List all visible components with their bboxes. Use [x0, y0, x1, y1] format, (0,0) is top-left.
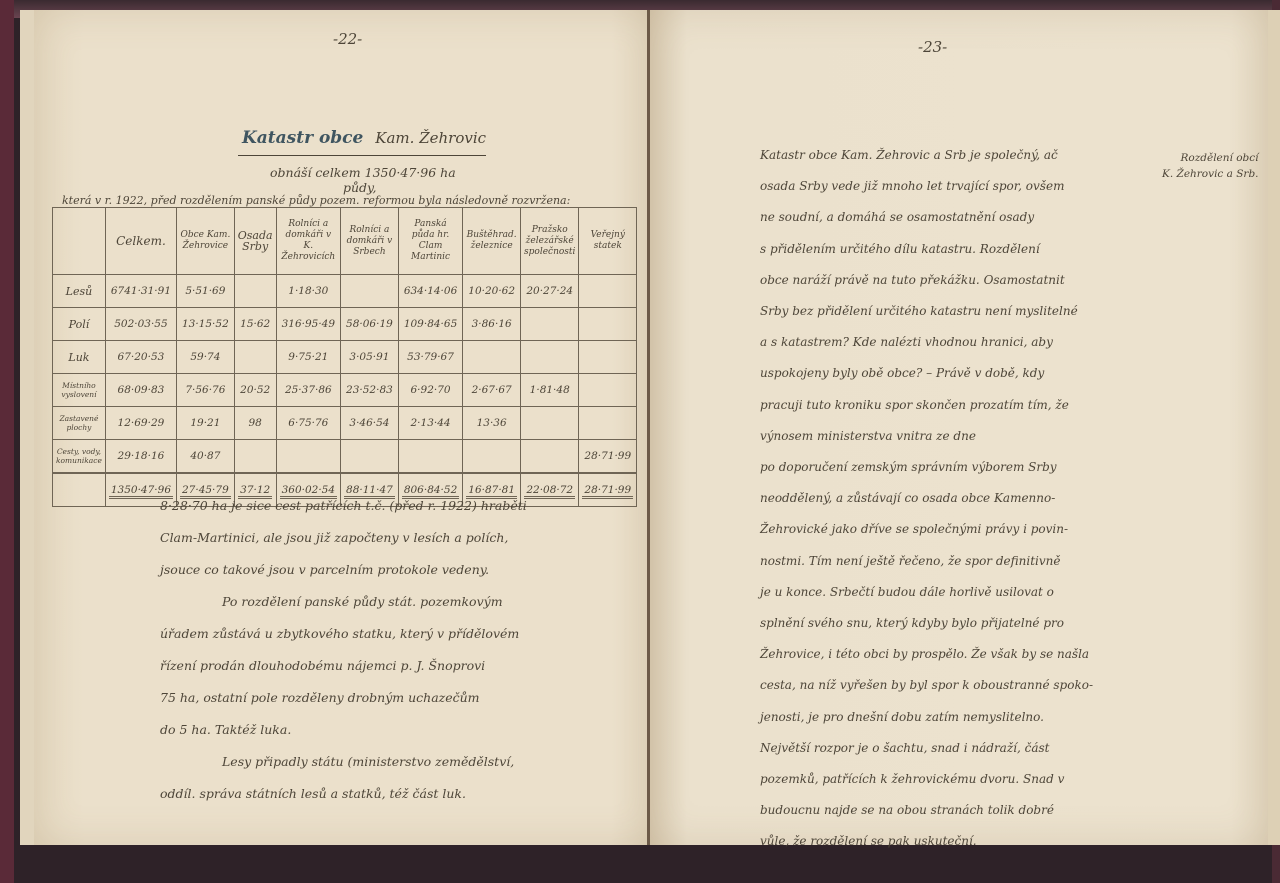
left-text-block: 8·28·70 ha je sice cest patřících t.č. (… [160, 490, 527, 810]
title-place: Kam. Žehrovic [375, 129, 486, 147]
total-value: 22·08·72 [524, 484, 575, 499]
cell: 5·51·69 [177, 275, 235, 308]
table-row: Cesty, vody, komunikace 29·18·16 40·87 2… [53, 440, 637, 474]
row-label: Zastavené plochy [53, 407, 106, 440]
cell: 316·95·49 [276, 308, 340, 341]
text-line: jsouce co takové jsou v parcelním protok… [160, 554, 527, 586]
title-prefix: Katastr obce [242, 128, 363, 148]
total-cell: 28·71·99 [579, 473, 637, 507]
text-line: splnění svého snu, který kdyby bylo přij… [760, 608, 1093, 639]
text-line: Po rozdělení panské půdy stát. pozemkový… [160, 586, 527, 618]
cell [341, 440, 399, 474]
cell: 20·27·24 [521, 275, 579, 308]
cadastre-table: Celkem. Obce Kam. Žehrovice Osada Srby R… [52, 207, 637, 507]
header-obce-kam-zehrovice: Obce Kam. Žehrovice [177, 208, 235, 275]
table-row: Luk 67·20·53 59·74 9·75·21 3·05·91 53·79… [53, 341, 637, 374]
table-row: Lesů 6741·31·91 5·51·69 1·18·30 634·14·0… [53, 275, 637, 308]
cell: 2·13·44 [398, 407, 462, 440]
cell [521, 407, 579, 440]
cell: 29·18·16 [105, 440, 176, 474]
cell: 502·03·55 [105, 308, 176, 341]
text-line: Žehrovické jako dříve se společnými práv… [760, 514, 1093, 545]
cell [521, 341, 579, 374]
text-line: vůle, že rozdělení se pak uskuteční. [760, 826, 1093, 857]
header-bustehrad-zeleznice: Buštěhrad. železnice [463, 208, 521, 275]
cell: 6·75·76 [276, 407, 340, 440]
margin-note-line: K. Žehrovic a Srb. [1162, 166, 1259, 182]
margin-note: Rozdělení obcí K. Žehrovic a Srb. [1162, 150, 1259, 182]
cell: 1·18·30 [276, 275, 340, 308]
subtitle-total-area: obnáší celkem 1350·47·96 ha [270, 165, 456, 180]
text-line: cesta, na níž vyřešen by byl spor k obou… [760, 670, 1093, 701]
right-page-number: -23- [918, 38, 947, 56]
header-panska-puda: Panská půda hr. Clam Martinic [398, 208, 462, 275]
table-header-row: Celkem. Obce Kam. Žehrovice Osada Srby R… [53, 208, 637, 275]
book-cover-left-edge [0, 0, 14, 883]
text-line: Největší rozpor je o šachtu, snad i nádr… [760, 733, 1093, 764]
text-line: uspokojeny byly obě obce? – Právě v době… [760, 358, 1093, 389]
header-verejny-statek: Veřejný statek [579, 208, 637, 275]
text-line: pozemků, patřících k žehrovickému dvoru.… [760, 764, 1093, 795]
table-row: Zastavené plochy 12·69·29 19·21 98 6·75·… [53, 407, 637, 440]
header-rolnici-srby: Rolníci a domkáři v Srbech [341, 208, 399, 275]
cell: 3·05·91 [341, 341, 399, 374]
header-empty [53, 208, 106, 275]
text-line: úřadem zůstává u zbytkového statku, kter… [160, 618, 527, 650]
text-line: řízení prodán dlouhodobému nájemci p. J.… [160, 650, 527, 682]
total-cell: 22·08·72 [521, 473, 579, 507]
text-line: budoucnu najde se na obou stranách tolik… [760, 795, 1093, 826]
cell: 13·36 [463, 407, 521, 440]
text-line: ne soudní, a domáhá se osamostatnění osa… [760, 202, 1093, 233]
title-underline [238, 155, 486, 156]
cell [234, 341, 276, 374]
header-rolnici-zehrovice: Rolníci a domkáři v K. Žehrovicích [276, 208, 340, 275]
cell [579, 407, 637, 440]
table-row: Místního vyslovení 68·09·83 7·56·76 20·5… [53, 374, 637, 407]
text-line: Srby bez přidělení určitého katastru nen… [760, 296, 1093, 327]
cell: 68·09·83 [105, 374, 176, 407]
cell: 6741·31·91 [105, 275, 176, 308]
text-line: Clam-Martinici, ale jsou již započteny v… [160, 522, 527, 554]
cell [234, 440, 276, 474]
cell: 20·52 [234, 374, 276, 407]
text-line: 8·28·70 ha je sice cest patřících t.č. (… [160, 490, 527, 522]
text-line: s přidělením určitého dílu katastru. Roz… [760, 234, 1093, 265]
cell: 15·62 [234, 308, 276, 341]
text-line: obce naráží právě na tuto překážku. Osam… [760, 265, 1093, 296]
cell: 7·56·76 [177, 374, 235, 407]
row-label: Polí [53, 308, 106, 341]
cell: 13·15·52 [177, 308, 235, 341]
text-line: výnosem ministerstva vnitra ze dne [760, 421, 1093, 452]
text-line: jenosti, je pro dnešní dobu zatím nemysl… [760, 702, 1093, 733]
text-line: oddíl. správa státních lesů a statků, té… [160, 778, 527, 810]
cell: 59·74 [177, 341, 235, 374]
cell [521, 440, 579, 474]
totals-label-empty [53, 473, 106, 507]
cell: 53·79·67 [398, 341, 462, 374]
table-intro-line: která v r. 1922, před rozdělením panské … [62, 194, 570, 207]
cell: 109·84·65 [398, 308, 462, 341]
row-label: Luk [53, 341, 106, 374]
cadastre-title: Katastr obce Kam. Žehrovic [242, 128, 486, 148]
cell: 634·14·06 [398, 275, 462, 308]
header-prazska-zelezarska: Pražsko železářské společnosti [521, 208, 579, 275]
text-line: Katastr obce Kam. Žehrovic a Srb je spol… [760, 140, 1093, 171]
cell [579, 275, 637, 308]
row-label: Cesty, vody, komunikace [53, 440, 106, 474]
cell [276, 440, 340, 474]
cell [579, 341, 637, 374]
text-line: nostmi. Tím není ještě řečeno, že spor d… [760, 546, 1093, 577]
cell: 12·69·29 [105, 407, 176, 440]
cell: 2·67·67 [463, 374, 521, 407]
text-line: po doporučení zemským správním výborem S… [760, 452, 1093, 483]
text-line: osada Srby vede již mnoho let trvající s… [760, 171, 1093, 202]
cell [463, 440, 521, 474]
text-line: pracuji tuto kroniku spor skončen prozat… [760, 390, 1093, 421]
cell: 98 [234, 407, 276, 440]
cell: 23·52·83 [341, 374, 399, 407]
header-osada-srby: Osada Srby [234, 208, 276, 275]
text-line: a s katastrem? Kde nalézti vhodnou hrani… [760, 327, 1093, 358]
cell: 3·86·16 [463, 308, 521, 341]
text-line: Lesy připadly státu (ministerstvo zemědě… [160, 746, 527, 778]
cell [398, 440, 462, 474]
cell: 19·21 [177, 407, 235, 440]
cell: 6·92·70 [398, 374, 462, 407]
row-label: Místního vyslovení [53, 374, 106, 407]
text-line: Žehrovice, i této obci by prospělo. Že v… [760, 639, 1093, 670]
cell [234, 275, 276, 308]
text-line: neoddělený, a zůstávají co osada obce Ka… [760, 483, 1093, 514]
margin-note-line: Rozdělení obcí [1162, 150, 1259, 166]
text-line: je u konce. Srbečtí budou dále horlivě u… [760, 577, 1093, 608]
table-row: Polí 502·03·55 13·15·52 15·62 316·95·49 … [53, 308, 637, 341]
cell [579, 308, 637, 341]
text-line: do 5 ha. Taktéž luka. [160, 714, 527, 746]
cell: 67·20·53 [105, 341, 176, 374]
row-label: Lesů [53, 275, 106, 308]
cell: 10·20·62 [463, 275, 521, 308]
text-line: 75 ha, ostatní pole rozděleny drobným uc… [160, 682, 527, 714]
cell: 9·75·21 [276, 341, 340, 374]
cell: 40·87 [177, 440, 235, 474]
right-text-block: Katastr obce Kam. Žehrovic a Srb je spol… [760, 140, 1093, 858]
cell [463, 341, 521, 374]
cell: 25·37·86 [276, 374, 340, 407]
left-page-number: -22- [333, 30, 362, 48]
cell: 1·81·48 [521, 374, 579, 407]
cell [579, 374, 637, 407]
cell [521, 308, 579, 341]
cell: 3·46·54 [341, 407, 399, 440]
cell: 58·06·19 [341, 308, 399, 341]
cell [341, 275, 399, 308]
total-value: 28·71·99 [582, 484, 633, 499]
cell: 28·71·99 [579, 440, 637, 474]
header-celkem: Celkem. [105, 208, 176, 275]
subtitle-soil: půdy, [343, 180, 376, 195]
